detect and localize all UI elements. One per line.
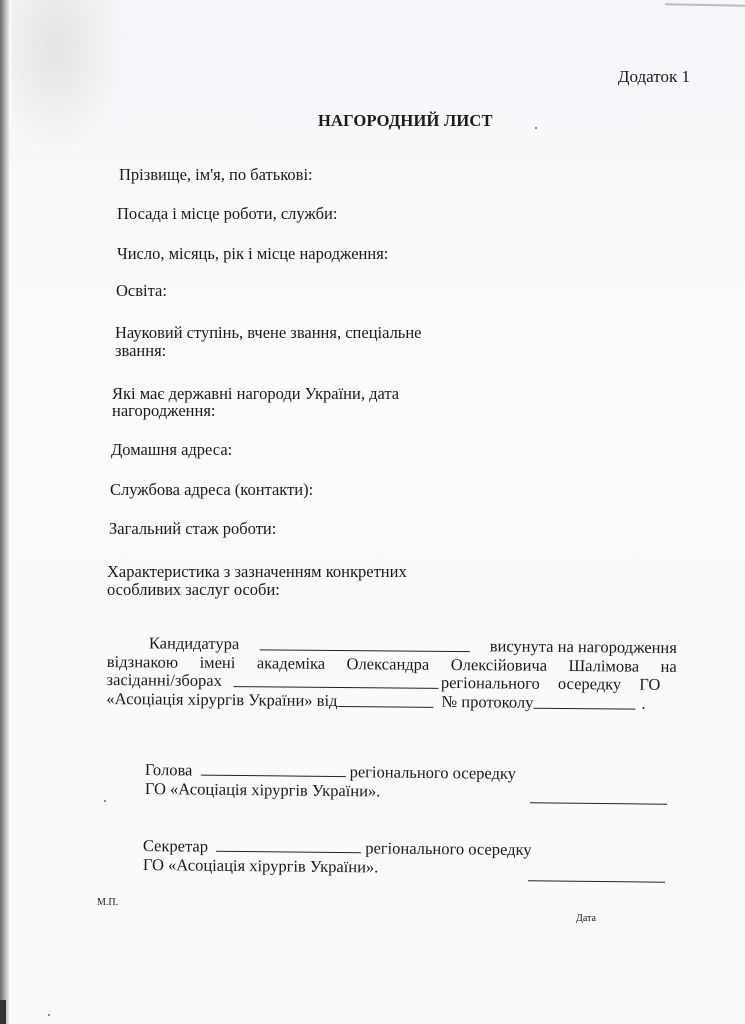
word: Олексійовича xyxy=(451,656,547,675)
meeting-label: засіданні/зборах xyxy=(107,671,222,691)
scan-speck xyxy=(535,127,537,129)
word: академіка xyxy=(257,654,325,673)
stamp-label: М.П. xyxy=(97,897,118,908)
word: Шалімова xyxy=(568,657,639,676)
secretary-org: ГО «Асоціація хірургів України». xyxy=(143,855,379,876)
word: відзнакою xyxy=(107,652,179,671)
word: імені xyxy=(200,653,236,672)
nomination-paragraph: Кандидатура висунута на нагородження від… xyxy=(106,634,677,713)
word: на xyxy=(660,657,676,676)
secretary-name-blank[interactable] xyxy=(216,837,361,854)
nomination-nominated-text: висунута на нагородження xyxy=(490,637,677,657)
appendix-label: Додаток 1 xyxy=(618,67,690,86)
document-page: Додаток 1 НАГОРОДНИЙ ЛИСТ Прізвище, ім'я… xyxy=(0,0,745,1024)
field-awards-line2: нагородження: xyxy=(112,401,216,420)
date-from-blank[interactable] xyxy=(337,692,433,708)
field-degree-line2: звання: xyxy=(115,341,166,360)
field-characteristic-line1: Характеристика з зазначенням конкретних xyxy=(107,562,407,581)
nomination-line-4: «Асоціація хірургів України» від № прото… xyxy=(106,689,676,712)
field-education: Освіта: xyxy=(116,281,167,300)
protocol-label: № протоколу xyxy=(441,692,533,711)
field-position: Посада і місце роботи, служби: xyxy=(117,204,337,223)
scan-edge xyxy=(0,0,9,1024)
secretary-suffix: регіонального осередку xyxy=(365,838,532,859)
field-full-name: Прізвище, ім'я, по батькові: xyxy=(119,165,313,184)
scan-artifact xyxy=(665,3,745,6)
field-experience: Загальний стаж роботи: xyxy=(109,519,276,538)
association-from-label: «Асоціація хірургів України» від xyxy=(106,689,337,710)
chairman-suffix: регіонального осередку xyxy=(350,762,517,783)
field-characteristic-line2: особливих заслуг особи: xyxy=(107,580,280,599)
field-home-address: Домашня адреса: xyxy=(111,440,232,459)
protocol-number-blank[interactable] xyxy=(533,693,635,709)
chairman-signature-line[interactable] xyxy=(530,802,667,804)
field-birth: Число, місяць, рік і місце народження: xyxy=(117,244,388,263)
field-work-address: Службова адреса (контакти): xyxy=(110,480,313,499)
period: . xyxy=(641,694,645,713)
scan-speck xyxy=(104,800,106,802)
chairman-name-blank[interactable] xyxy=(200,761,345,778)
chairman-org: ГО «Асоціація хірургів України». xyxy=(145,779,381,800)
meeting-blank[interactable] xyxy=(234,672,439,689)
date-label: Дата xyxy=(576,913,596,924)
scan-speck xyxy=(48,1014,50,1016)
candidate-name-blank[interactable] xyxy=(259,635,469,652)
document-title: НАГОРОДНИЙ ЛИСТ xyxy=(318,111,493,130)
nomination-candidate-label: Кандидатура xyxy=(149,634,239,653)
word: Олександра xyxy=(346,655,429,674)
scan-edge-mark xyxy=(0,1000,6,1024)
chairman-label: Голова xyxy=(145,760,193,779)
secretary-signature-line[interactable] xyxy=(528,880,665,882)
secretary-label: Секретар xyxy=(143,836,208,856)
field-degree-line1: Науковий ступінь, вчене звання, спеціаль… xyxy=(115,323,422,342)
scan-smudge xyxy=(12,0,122,150)
